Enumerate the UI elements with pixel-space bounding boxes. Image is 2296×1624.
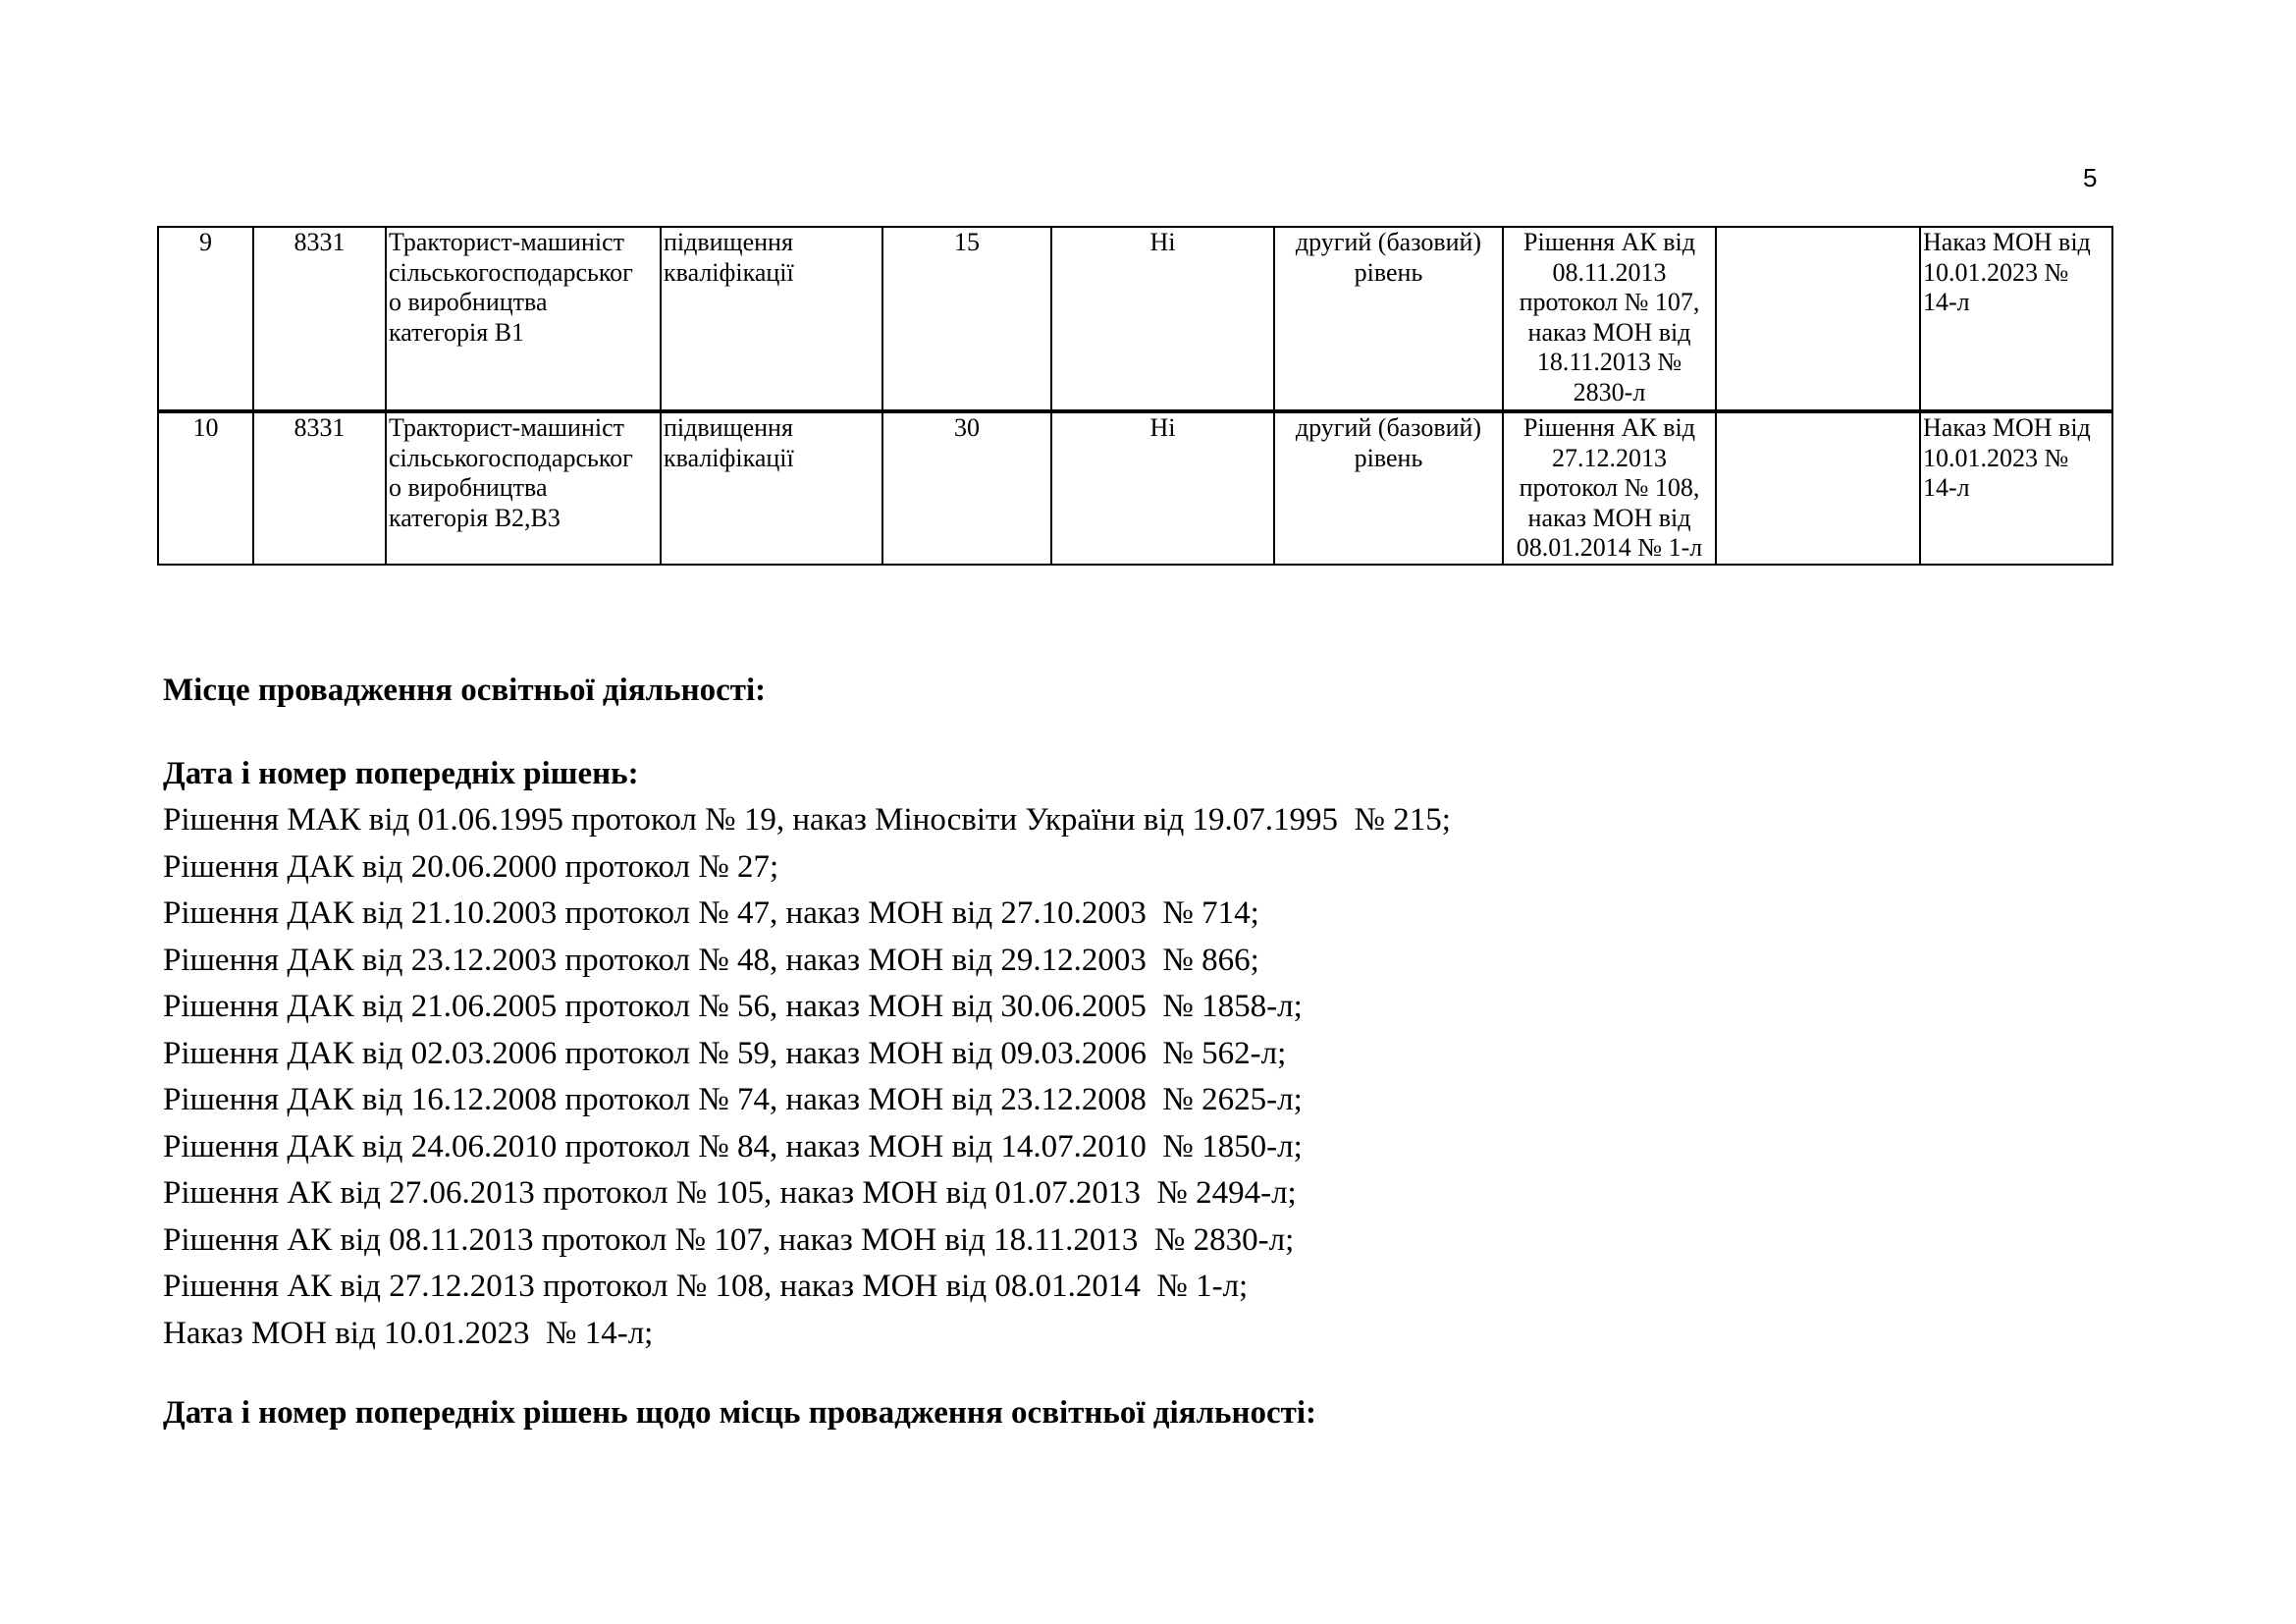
decision-item: Рішення МАК від 01.06.1995 протокол № 19… [163, 797, 2126, 844]
cell-number: 9 [158, 227, 253, 411]
cell-line: 08.11.2013 [1506, 258, 1713, 289]
cell-line: 14-л [1923, 288, 2109, 318]
cell-line: рівень [1277, 258, 1500, 289]
cell-training-type: підвищеннякваліфікації [661, 227, 882, 411]
decision-item: Рішення ДАК від 23.12.2003 протокол № 48… [163, 938, 2126, 985]
cell-line: другий (базовий) [1277, 228, 1500, 258]
cell-line: кваліфікації [664, 258, 880, 289]
cell-line: наказ МОН від [1506, 318, 1713, 349]
cell-line: наказ МОН від [1506, 504, 1713, 534]
cell-line: сільськогосподарськог [389, 258, 658, 289]
cell-flag: Ні [1051, 227, 1274, 411]
decision-item: Рішення ДАК від 24.06.2010 протокол № 84… [163, 1124, 2126, 1171]
cell-flag: Ні [1051, 411, 1274, 565]
cell-profession: Тракторист-машиністсільськогосподарськог… [386, 227, 661, 411]
cell-empty [1716, 411, 1920, 565]
cell-profession: Тракторист-машиністсільськогосподарськог… [386, 411, 661, 565]
cell-code: 8331 [253, 411, 386, 565]
cell-order: Наказ МОН від10.01.2023 №14-л [1920, 411, 2112, 565]
cell-number: 10 [158, 411, 253, 565]
decision-item: Рішення ДАК від 20.06.2000 протокол № 27… [163, 844, 2126, 892]
prev-decisions-list: Рішення МАК від 01.06.1995 протокол № 19… [163, 797, 2126, 1357]
cell-line: категорія В2,В3 [389, 504, 658, 534]
table-row: 98331Тракторист-машиністсільськогосподар… [158, 227, 2112, 411]
cell-line: сільськогосподарськог [389, 444, 658, 474]
cell-line: 18.11.2013 № [1506, 348, 1713, 378]
decision-item: Рішення ДАК від 02.03.2006 протокол № 59… [163, 1031, 2126, 1078]
cell-line: о виробництва [389, 288, 658, 318]
cell-line: Рішення АК від [1506, 413, 1713, 444]
licenses-table: 98331Тракторист-машиністсільськогосподар… [157, 226, 2113, 566]
cell-line: другий (базовий) [1277, 413, 1500, 444]
prev-place-decisions-heading: Дата і номер попередніх рішень щодо місц… [163, 1390, 2126, 1436]
cell-line: 08.01.2014 № 1-л [1506, 533, 1713, 564]
cell-empty [1716, 227, 1920, 411]
page-number: 5 [2083, 163, 2097, 193]
cell-volume: 15 [882, 227, 1051, 411]
place-heading: Місце провадження освітньої діяльності: [163, 668, 2126, 714]
cell-line: Тракторист-машиніст [389, 228, 658, 258]
decision-item: Рішення ДАК від 21.10.2003 протокол № 47… [163, 891, 2126, 938]
cell-level: другий (базовий)рівень [1274, 411, 1503, 565]
cell-line: 27.12.2013 [1506, 444, 1713, 474]
cell-decision: Рішення АК від08.11.2013протокол № 107,н… [1503, 227, 1716, 411]
cell-training-type: підвищеннякваліфікації [661, 411, 882, 565]
cell-line: Наказ МОН від [1923, 228, 2109, 258]
cell-level: другий (базовий)рівень [1274, 227, 1503, 411]
decision-item: Рішення ДАК від 21.06.2005 протокол № 56… [163, 984, 2126, 1031]
cell-volume: 30 [882, 411, 1051, 565]
cell-line: Наказ МОН від [1923, 413, 2109, 444]
cell-line: протокол № 108, [1506, 473, 1713, 504]
decision-item: Рішення АК від 08.11.2013 протокол № 107… [163, 1218, 2126, 1265]
cell-line: о виробництва [389, 473, 658, 504]
decision-item: Рішення ДАК від 16.12.2008 протокол № 74… [163, 1077, 2126, 1124]
cell-line: протокол № 107, [1506, 288, 1713, 318]
decision-item: Наказ МОН від 10.01.2023 № 14-л; [163, 1311, 2126, 1358]
cell-line: підвищення [664, 228, 880, 258]
cell-decision: Рішення АК від27.12.2013протокол № 108,н… [1503, 411, 1716, 565]
table-row: 108331Тракторист-машиністсільськогоспода… [158, 411, 2112, 565]
cell-line: 14-л [1923, 473, 2109, 504]
cell-line: Тракторист-машиніст [389, 413, 658, 444]
cell-line: підвищення [664, 413, 880, 444]
decision-item: Рішення АК від 27.12.2013 протокол № 108… [163, 1264, 2126, 1311]
cell-order: Наказ МОН від10.01.2023 №14-л [1920, 227, 2112, 411]
cell-line: 2830-л [1506, 378, 1713, 408]
cell-line: 10.01.2023 № [1923, 444, 2109, 474]
cell-line: кваліфікації [664, 444, 880, 474]
cell-line: рівень [1277, 444, 1500, 474]
cell-code: 8331 [253, 227, 386, 411]
cell-line: Рішення АК від [1506, 228, 1713, 258]
cell-line: категорія В1 [389, 318, 658, 349]
decision-item: Рішення АК від 27.06.2013 протокол № 105… [163, 1170, 2126, 1218]
prev-decisions-heading: Дата і номер попередніх рішень: [163, 751, 2126, 797]
cell-line: 10.01.2023 № [1923, 258, 2109, 289]
document-body: Місце провадження освітньої діяльності: … [163, 668, 2126, 1436]
